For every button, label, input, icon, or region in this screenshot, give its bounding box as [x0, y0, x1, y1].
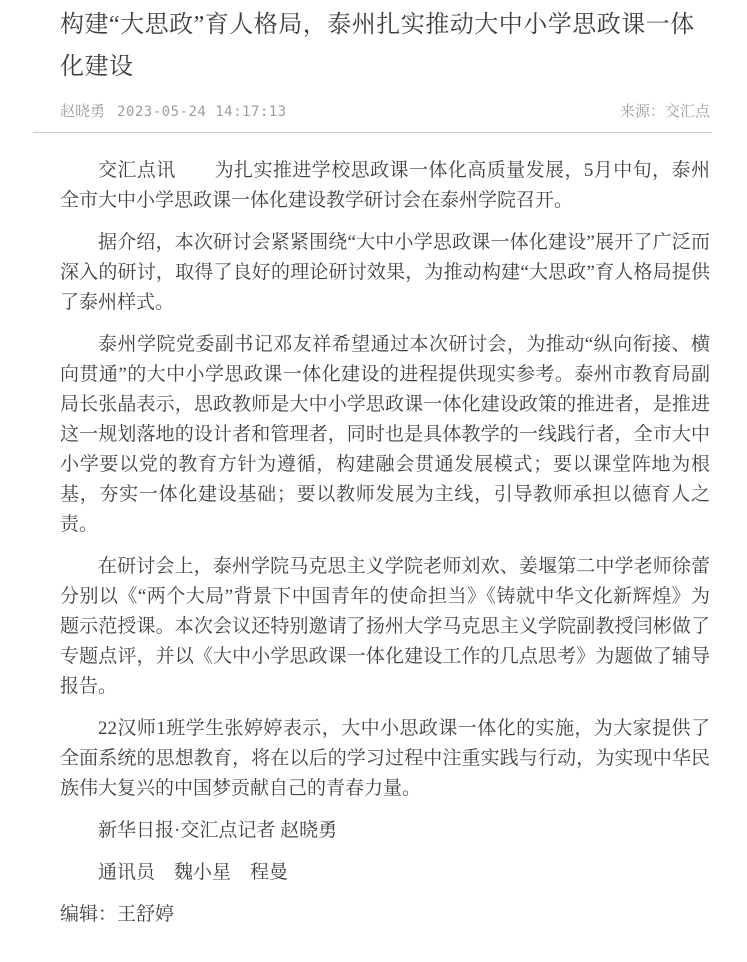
correspondent-paragraph: 通讯员 魏小星 程曼 [60, 858, 710, 888]
article-paragraph: 交汇点讯 为扎实推进学校思政课一体化高质量发展，5月中旬，泰州全市大中小学思政课… [60, 156, 710, 216]
article-body: 交汇点讯 为扎实推进学校思政课一体化高质量发展，5月中旬，泰州全市大中小学思政课… [60, 156, 710, 930]
article-paragraph: 据介绍，本次研讨会紧紧围绕“大中小学思政课一体化建设”展开了广泛而深入的研讨，取… [60, 228, 710, 318]
article-paragraph: 在研讨会上，泰州学院马克思主义学院老师刘欢、姜堰第二中学老师徐蕾分别以《“两个大… [60, 552, 710, 702]
meta-left: 赵晓勇 2023-05-24 14:17:13 [60, 101, 287, 123]
byline-paragraph: 新华日报·交汇点记者 赵晓勇 [60, 816, 710, 846]
editor-line: 编辑：王舒婷 [60, 900, 710, 930]
page: { "article": { "title": "构建“大思政”育人格局，泰州扎… [0, 0, 747, 962]
article-paragraph: 泰州学院党委副书记邓友祥希望通过本次研讨会，为推动“纵向衔接、横向贯通”的大中小… [60, 330, 710, 540]
divider [33, 132, 712, 133]
meta-row: 赵晓勇 2023-05-24 14:17:13 来源：交汇点 [60, 101, 710, 123]
article-title: 构建“大思政”育人格局，泰州扎实推动大中小学思政课一体化建设 [60, 4, 710, 88]
source-label: 来源：交汇点 [620, 101, 710, 123]
article-paragraph: 22汉师1班学生张婷婷表示，大中小思政课一体化的实施，为大家提供了全面系统的思想… [60, 714, 710, 804]
publish-datetime: 2023-05-24 14:17:13 [117, 101, 287, 123]
author-name: 赵晓勇 [60, 101, 105, 123]
